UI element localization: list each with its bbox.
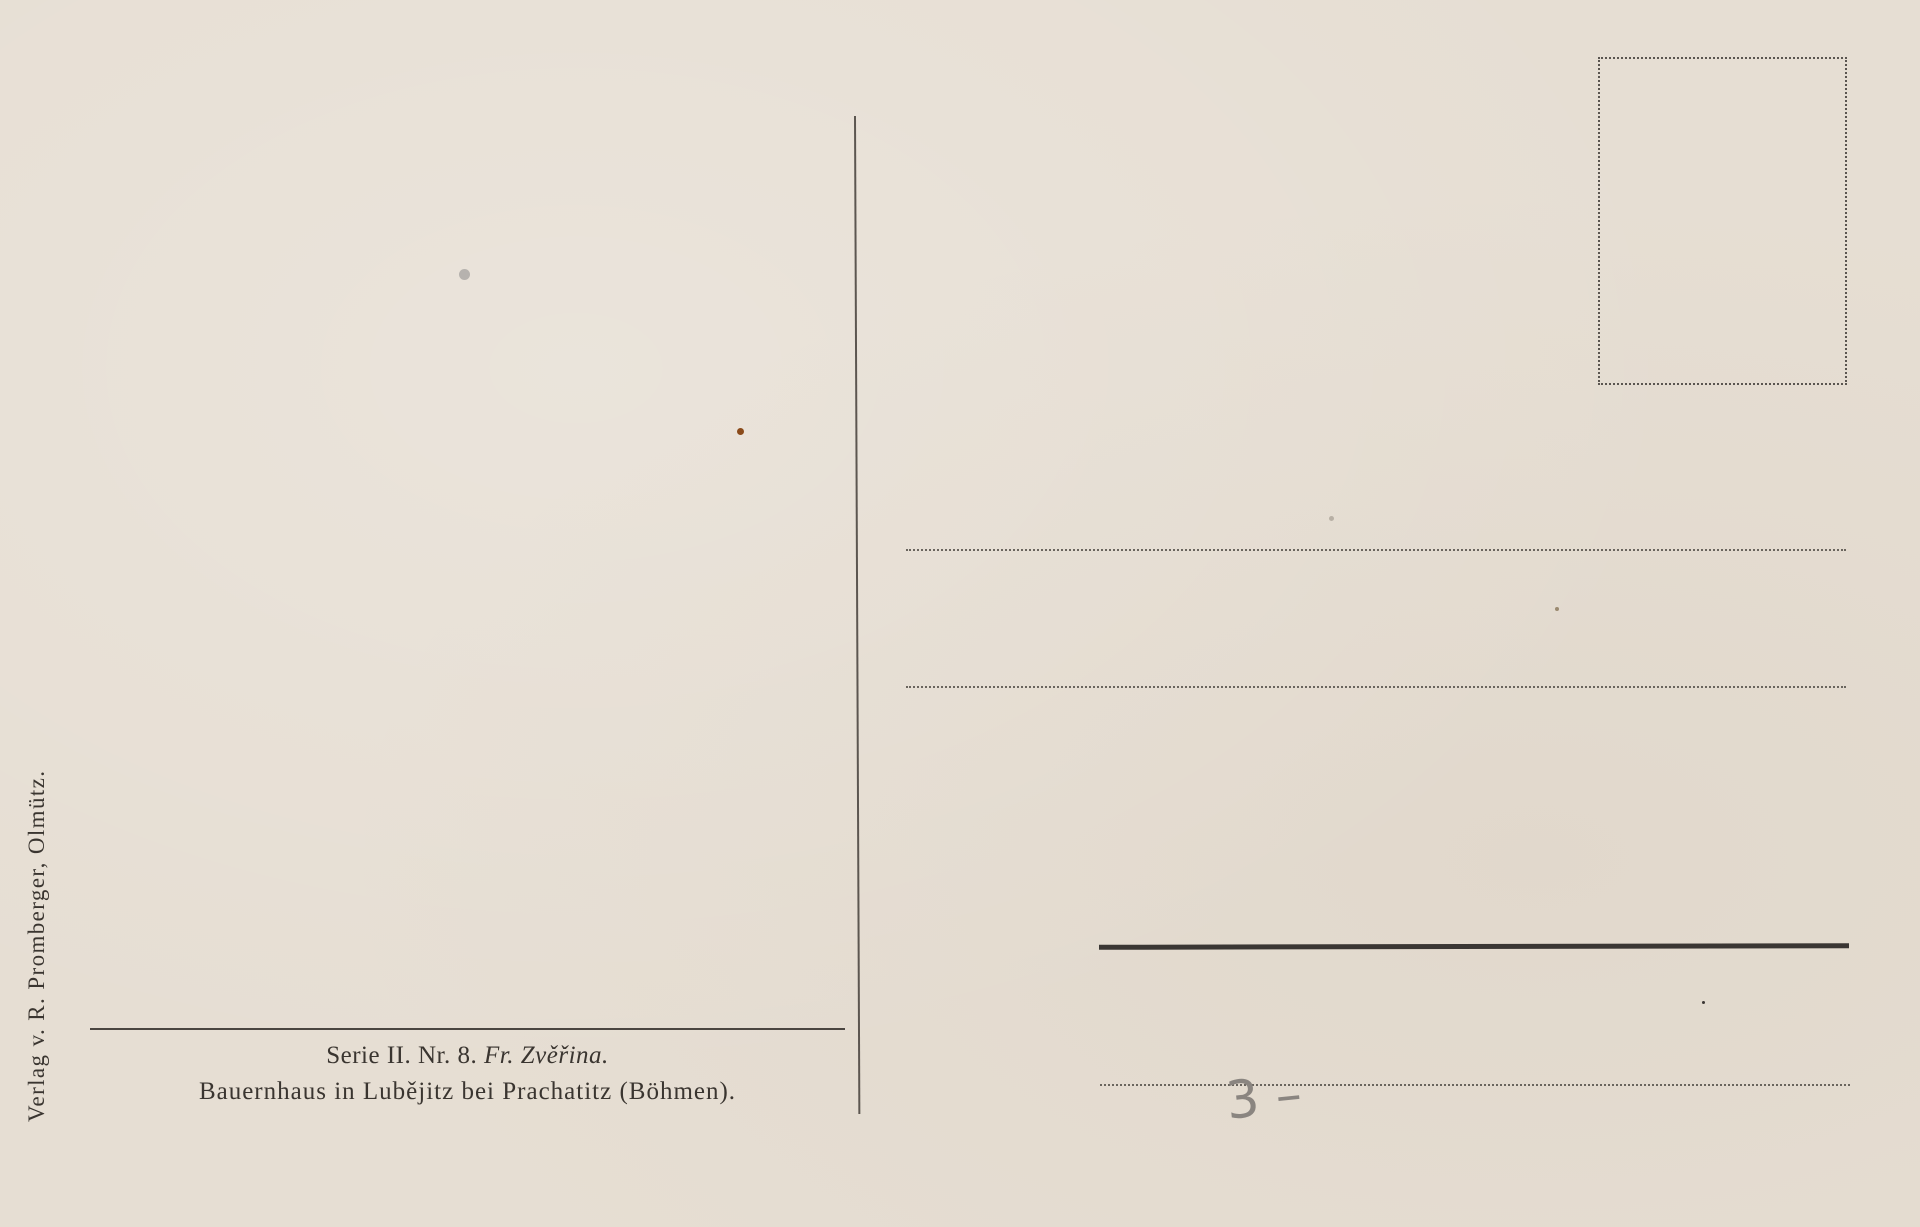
- handwritten-price-note: 3 –: [1223, 1064, 1304, 1132]
- address-line-4: [1100, 1084, 1850, 1086]
- artist-name: Fr. Zvěřina.: [484, 1042, 609, 1069]
- image-caption: Serie II. Nr. 8. Fr. Zvěřina. Bauernhaus…: [90, 1040, 845, 1106]
- series-number: Serie II. Nr. 8.: [326, 1042, 477, 1069]
- caption-rule: [90, 1028, 845, 1030]
- paper-spot: [1555, 607, 1559, 611]
- ink-dot: [1702, 1001, 1705, 1004]
- stamp-placement-box: [1598, 57, 1847, 385]
- publisher-imprint: Verlag v. R. Promberger, Olmütz.: [24, 622, 50, 1122]
- foxing-spot: [737, 428, 744, 435]
- paper-spot: [1329, 516, 1334, 521]
- address-line-1: [906, 549, 1846, 551]
- paper-spot: [459, 269, 470, 280]
- series-line: Serie II. Nr. 8. Fr. Zvěřina.: [90, 1042, 845, 1070]
- address-line-2: [906, 686, 1846, 688]
- image-title: Bauernhaus in Lubějitz bei Prachatitz (B…: [90, 1078, 845, 1106]
